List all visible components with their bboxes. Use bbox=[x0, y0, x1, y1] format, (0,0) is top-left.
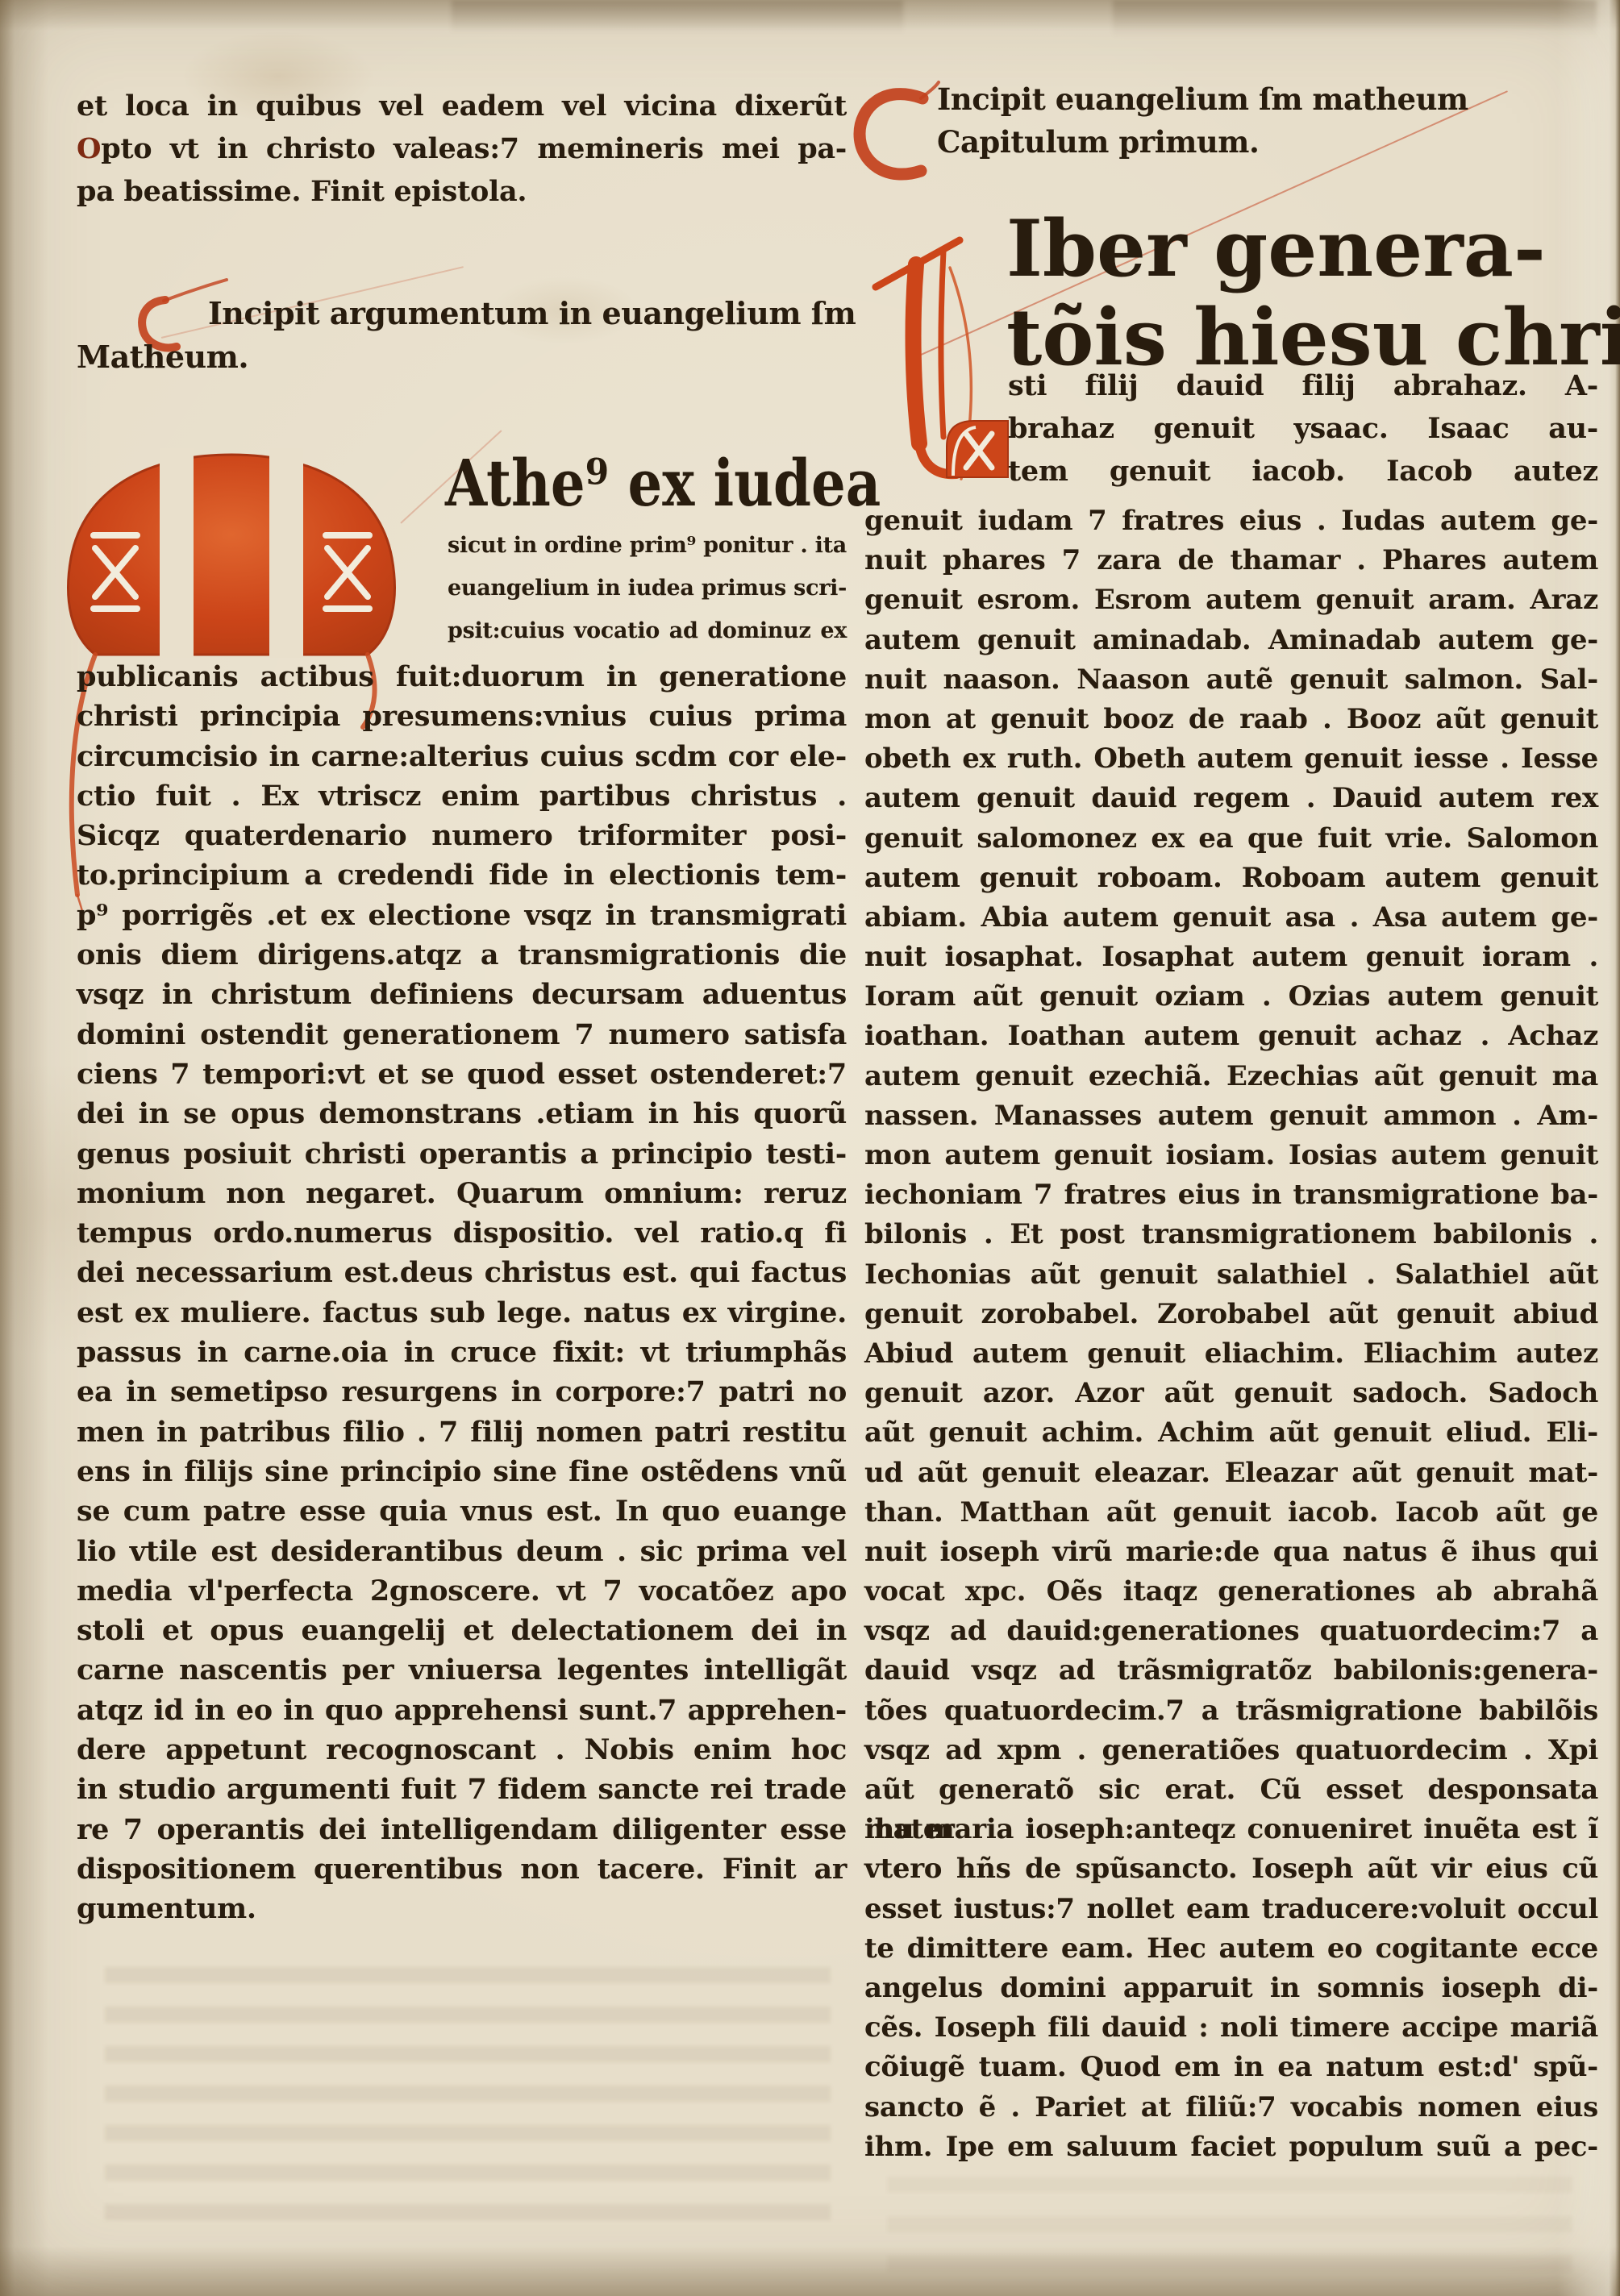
text-line: sancto ẽ . Pariet at filiũ:7 vocabis nom… bbox=[864, 2088, 1598, 2128]
text-line: genuit azor. Azor aũt genuit sadoch. Sad… bbox=[864, 1374, 1598, 1413]
text-line: aũt genuit achim. Achim aũt genuit eliud… bbox=[864, 1413, 1598, 1453]
text-line: autem genuit aminadab. Aminadab autem ge… bbox=[864, 621, 1598, 660]
text-line: psit:cuius vocatio ad dominuz ex bbox=[448, 609, 847, 652]
gospel-body: genuit iudam 7 fratres eius . Iudas aute… bbox=[864, 501, 1598, 2167]
text-line: monium non negaret. Quarum omnium: reruz bbox=[77, 1174, 847, 1213]
text-line: nassen. Manasses autem genuit ammon . Am… bbox=[864, 1096, 1598, 1136]
text-line: genuit iudam 7 fratres eius . Iudas aute… bbox=[864, 501, 1598, 541]
text-line: men in patribus filio . 7 filij nomen pa… bbox=[77, 1412, 847, 1452]
text-line: dei necessarium est.deus christus est. q… bbox=[77, 1253, 847, 1292]
gospel-heading-line: Iber genera- bbox=[1006, 203, 1546, 294]
incipit-rubric-line: Capitulum primum. bbox=[937, 124, 1259, 160]
text-line: Ioram aũt genuit oziam . Ozias autem gen… bbox=[864, 977, 1598, 1017]
text-line: onis diem dirigens.atqz a transmigration… bbox=[77, 935, 847, 975]
text-line: se cum patre esse quia vnus est. In quo … bbox=[77, 1491, 847, 1531]
text-line: publicanis actibus fuit:duorum in genera… bbox=[77, 657, 847, 697]
text-line: te dimittere eam. Hec autem eo cogitante… bbox=[864, 1929, 1598, 1969]
text-line: vsqz ad xpm . generatiões quatuordecim .… bbox=[864, 1731, 1598, 1770]
epistle-line: pa beatissime. Finit epistola. bbox=[77, 170, 847, 213]
text-line: nuit naason. Naason autẽ genuit salmon. … bbox=[864, 660, 1598, 700]
text-line: abiam. Abia autem genuit asa . Asa autem… bbox=[864, 898, 1598, 938]
text-line: ctio fuit . Ex vtriscz enim partibus chr… bbox=[77, 776, 847, 816]
text-line: media vl'perfecta 2gnoscere. vt 7 vocatõ… bbox=[77, 1571, 847, 1611]
text-line: dei in se opus demonstrans .etiam in his… bbox=[77, 1094, 847, 1133]
text-line: Iechonias aũt genuit salathiel . Salathi… bbox=[864, 1255, 1598, 1295]
text-line: ens in filijs sine principio sine fine o… bbox=[77, 1452, 847, 1491]
text-line: Abiud autem genuit eliachim. Eliachim au… bbox=[864, 1334, 1598, 1374]
text-line: tem genuit iacob. Iacob autez bbox=[1008, 450, 1598, 493]
text-line: vsqz in christum definiens decursam adue… bbox=[77, 975, 847, 1014]
verso-showthrough bbox=[887, 2177, 1572, 2273]
text-line: dauid vsqz ad trãsmigratõz babilonis:gen… bbox=[864, 1651, 1598, 1691]
text-line: circumcisio in carne:alterius cuius scdm… bbox=[77, 737, 847, 776]
text-line: mon autem genuit iosiam. Iosias autem ge… bbox=[864, 1136, 1598, 1175]
text-line: genuit zorobabel. Zorobabel aũt genuit a… bbox=[864, 1295, 1598, 1334]
text-line: bilonis . Et post transmigrationem babil… bbox=[864, 1215, 1598, 1254]
argument-indent-lines: sicut in ordine prim⁹ ponitur . itaeuang… bbox=[448, 524, 847, 652]
argument-rubric-line: Incipit argumentum in euangelium ſm bbox=[208, 295, 856, 331]
text-line: sti filij dauid filij abrahaz. A- bbox=[1008, 364, 1598, 407]
rubricated-initial: O bbox=[77, 132, 101, 165]
text-line: nuit ioseph virũ marie:de qua natus ẽ ih… bbox=[864, 1533, 1598, 1572]
text-line: euangelium in iudea primus scri- bbox=[448, 567, 847, 609]
text-line: ciens 7 tempori:vt et se quod esset oste… bbox=[77, 1054, 847, 1094]
text-line: obeth ex ruth. Obeth autem genuit iesse … bbox=[864, 739, 1598, 779]
text-line: esset iustus:7 nollet eam traducere:volu… bbox=[864, 1890, 1598, 1929]
text-line: p⁹ porrigẽs .et ex electione vsqz in tra… bbox=[77, 896, 847, 935]
gospel-indent-lines: sti filij dauid filij abrahaz. A-brahaz … bbox=[1008, 364, 1598, 493]
text-line: vsqz ad dauid:generationes quatuordecim:… bbox=[864, 1612, 1598, 1651]
epistle-line: et loca in quibus vel eadem vel vicina d… bbox=[77, 85, 847, 127]
incipit-rubric-line: Incipit euangelium ſm matheum bbox=[937, 81, 1468, 117]
epistle-line: Opto vt in christo valeas:7 memineris me… bbox=[77, 127, 847, 170]
text-line: than. Matthan aũt genuit iacob. Iacob aũ… bbox=[864, 1493, 1598, 1533]
text-line: autem genuit dauid regem . Dauid autem r… bbox=[864, 779, 1598, 818]
text-line: stoli et opus euangelij et delectationem… bbox=[77, 1611, 847, 1650]
top-right-showthrough-smudge bbox=[1113, 0, 1597, 37]
text-line: genuit salomonez ex ea que fuit vrie. Sa… bbox=[864, 819, 1598, 859]
text-line: angelus domini apparuit in somnis ioseph… bbox=[864, 1969, 1598, 2008]
text-line: atqz id in eo in quo apprehensi sunt.7 a… bbox=[77, 1691, 847, 1730]
text-line: christi principia presumens:vnius cuius … bbox=[77, 697, 847, 736]
text-line: sicut in ordine prim⁹ ponitur . ita bbox=[448, 524, 847, 567]
text-line: genus posiuit christi operantis a princi… bbox=[77, 1134, 847, 1174]
text-line: lio vtile est desiderantibus deum . sic … bbox=[77, 1532, 847, 1571]
text-line: vtero hñs de spũsancto. Ioseph aũt vir e… bbox=[864, 1849, 1598, 1889]
text-line: autem genuit roboam. Roboam autem genuit bbox=[864, 859, 1598, 898]
text-line: ioathan. Ioathan autem genuit achaz . Ac… bbox=[864, 1017, 1598, 1056]
epistle-line-text: pto vt in christo valeas:7 memineris mei… bbox=[101, 132, 847, 165]
text-line: tempus ordo.numerus dispositio. vel rati… bbox=[77, 1213, 847, 1253]
verso-showthrough bbox=[105, 1967, 831, 2233]
text-line: Sicqz quaterdenario numero triformiter p… bbox=[77, 816, 847, 855]
text-line: aũt generatõ sic erat. Cũ esset desponsa… bbox=[864, 1770, 1598, 1810]
text-line: re 7 operantis dei intelligendam diligen… bbox=[77, 1810, 847, 1849]
text-line: ihm. Ipe em saluum faciet populum suũ a … bbox=[864, 2128, 1598, 2167]
capitulum-mark-icon bbox=[852, 79, 940, 188]
text-line: genuit esrom. Esrom autem genuit aram. A… bbox=[864, 580, 1598, 620]
text-line: cẽs. Ioseph fili dauid : noli timere acc… bbox=[864, 2008, 1598, 2048]
text-line: autem genuit ezechiã. Ezechias aũt genui… bbox=[864, 1057, 1598, 1096]
text-line: nuit phares 7 zara de thamar . Phares au… bbox=[864, 541, 1598, 580]
text-line: ud aũt genuit eleazar. Eleazar aũt genui… bbox=[864, 1454, 1598, 1493]
text-line: ea in semetipso resurgens in corpore:7 p… bbox=[77, 1372, 847, 1412]
text-line: cõiugẽ tuam. Quod em in ea natum est:d' … bbox=[864, 2048, 1598, 2087]
text-line: in studio argumenti fuit 7 fidem sancte … bbox=[77, 1770, 847, 1809]
text-line: iechoniam 7 fratres eius in transmigrati… bbox=[864, 1175, 1598, 1215]
text-line: dere appetunt recognoscant . Nobis enim … bbox=[77, 1730, 847, 1770]
text-line: mon at genuit booz de raab . Booz aũt ge… bbox=[864, 700, 1598, 739]
text-line: carne nascentis per vniuersa legentes in… bbox=[77, 1650, 847, 1690]
text-line: gumentum. bbox=[77, 1889, 847, 1928]
text-line: dispositionem querentibus non tacere. Fi… bbox=[77, 1849, 847, 1889]
text-line: tões quatuordecim.7 a trãsmigratione bab… bbox=[864, 1691, 1598, 1731]
incunabulum-page: et loca in quibus vel eadem vel vicina d… bbox=[0, 0, 1620, 2296]
text-line: brahaz genuit ysaac. Isaac au- bbox=[1008, 407, 1598, 450]
argument-body: publicanis actibus fuit:duorum in genera… bbox=[77, 657, 847, 1929]
argument-rubric-line: Matheum. bbox=[77, 339, 248, 375]
text-line: passus in carne.oia in cruce fixit: vt t… bbox=[77, 1333, 847, 1372]
text-line: domini ostendit generationem 7 numero sa… bbox=[77, 1015, 847, 1054]
top-showthrough-smudge bbox=[452, 0, 903, 34]
argument-heading: Athe⁹ ex iudea bbox=[445, 445, 881, 521]
text-line: est ex muliere. factus sub lege. natus e… bbox=[77, 1293, 847, 1333]
text-line: vocat xpc. Oẽs itaqz generationes ab abr… bbox=[864, 1572, 1598, 1612]
text-line: nuit iosaphat. Iosaphat autem genuit ior… bbox=[864, 938, 1598, 977]
text-line: to.principium a credendi fide in electio… bbox=[77, 855, 847, 895]
calligraphic-initial-l bbox=[869, 235, 1010, 493]
text-line: ihu maria ioseph:anteqz conueniret inuẽt… bbox=[864, 1810, 1598, 1849]
